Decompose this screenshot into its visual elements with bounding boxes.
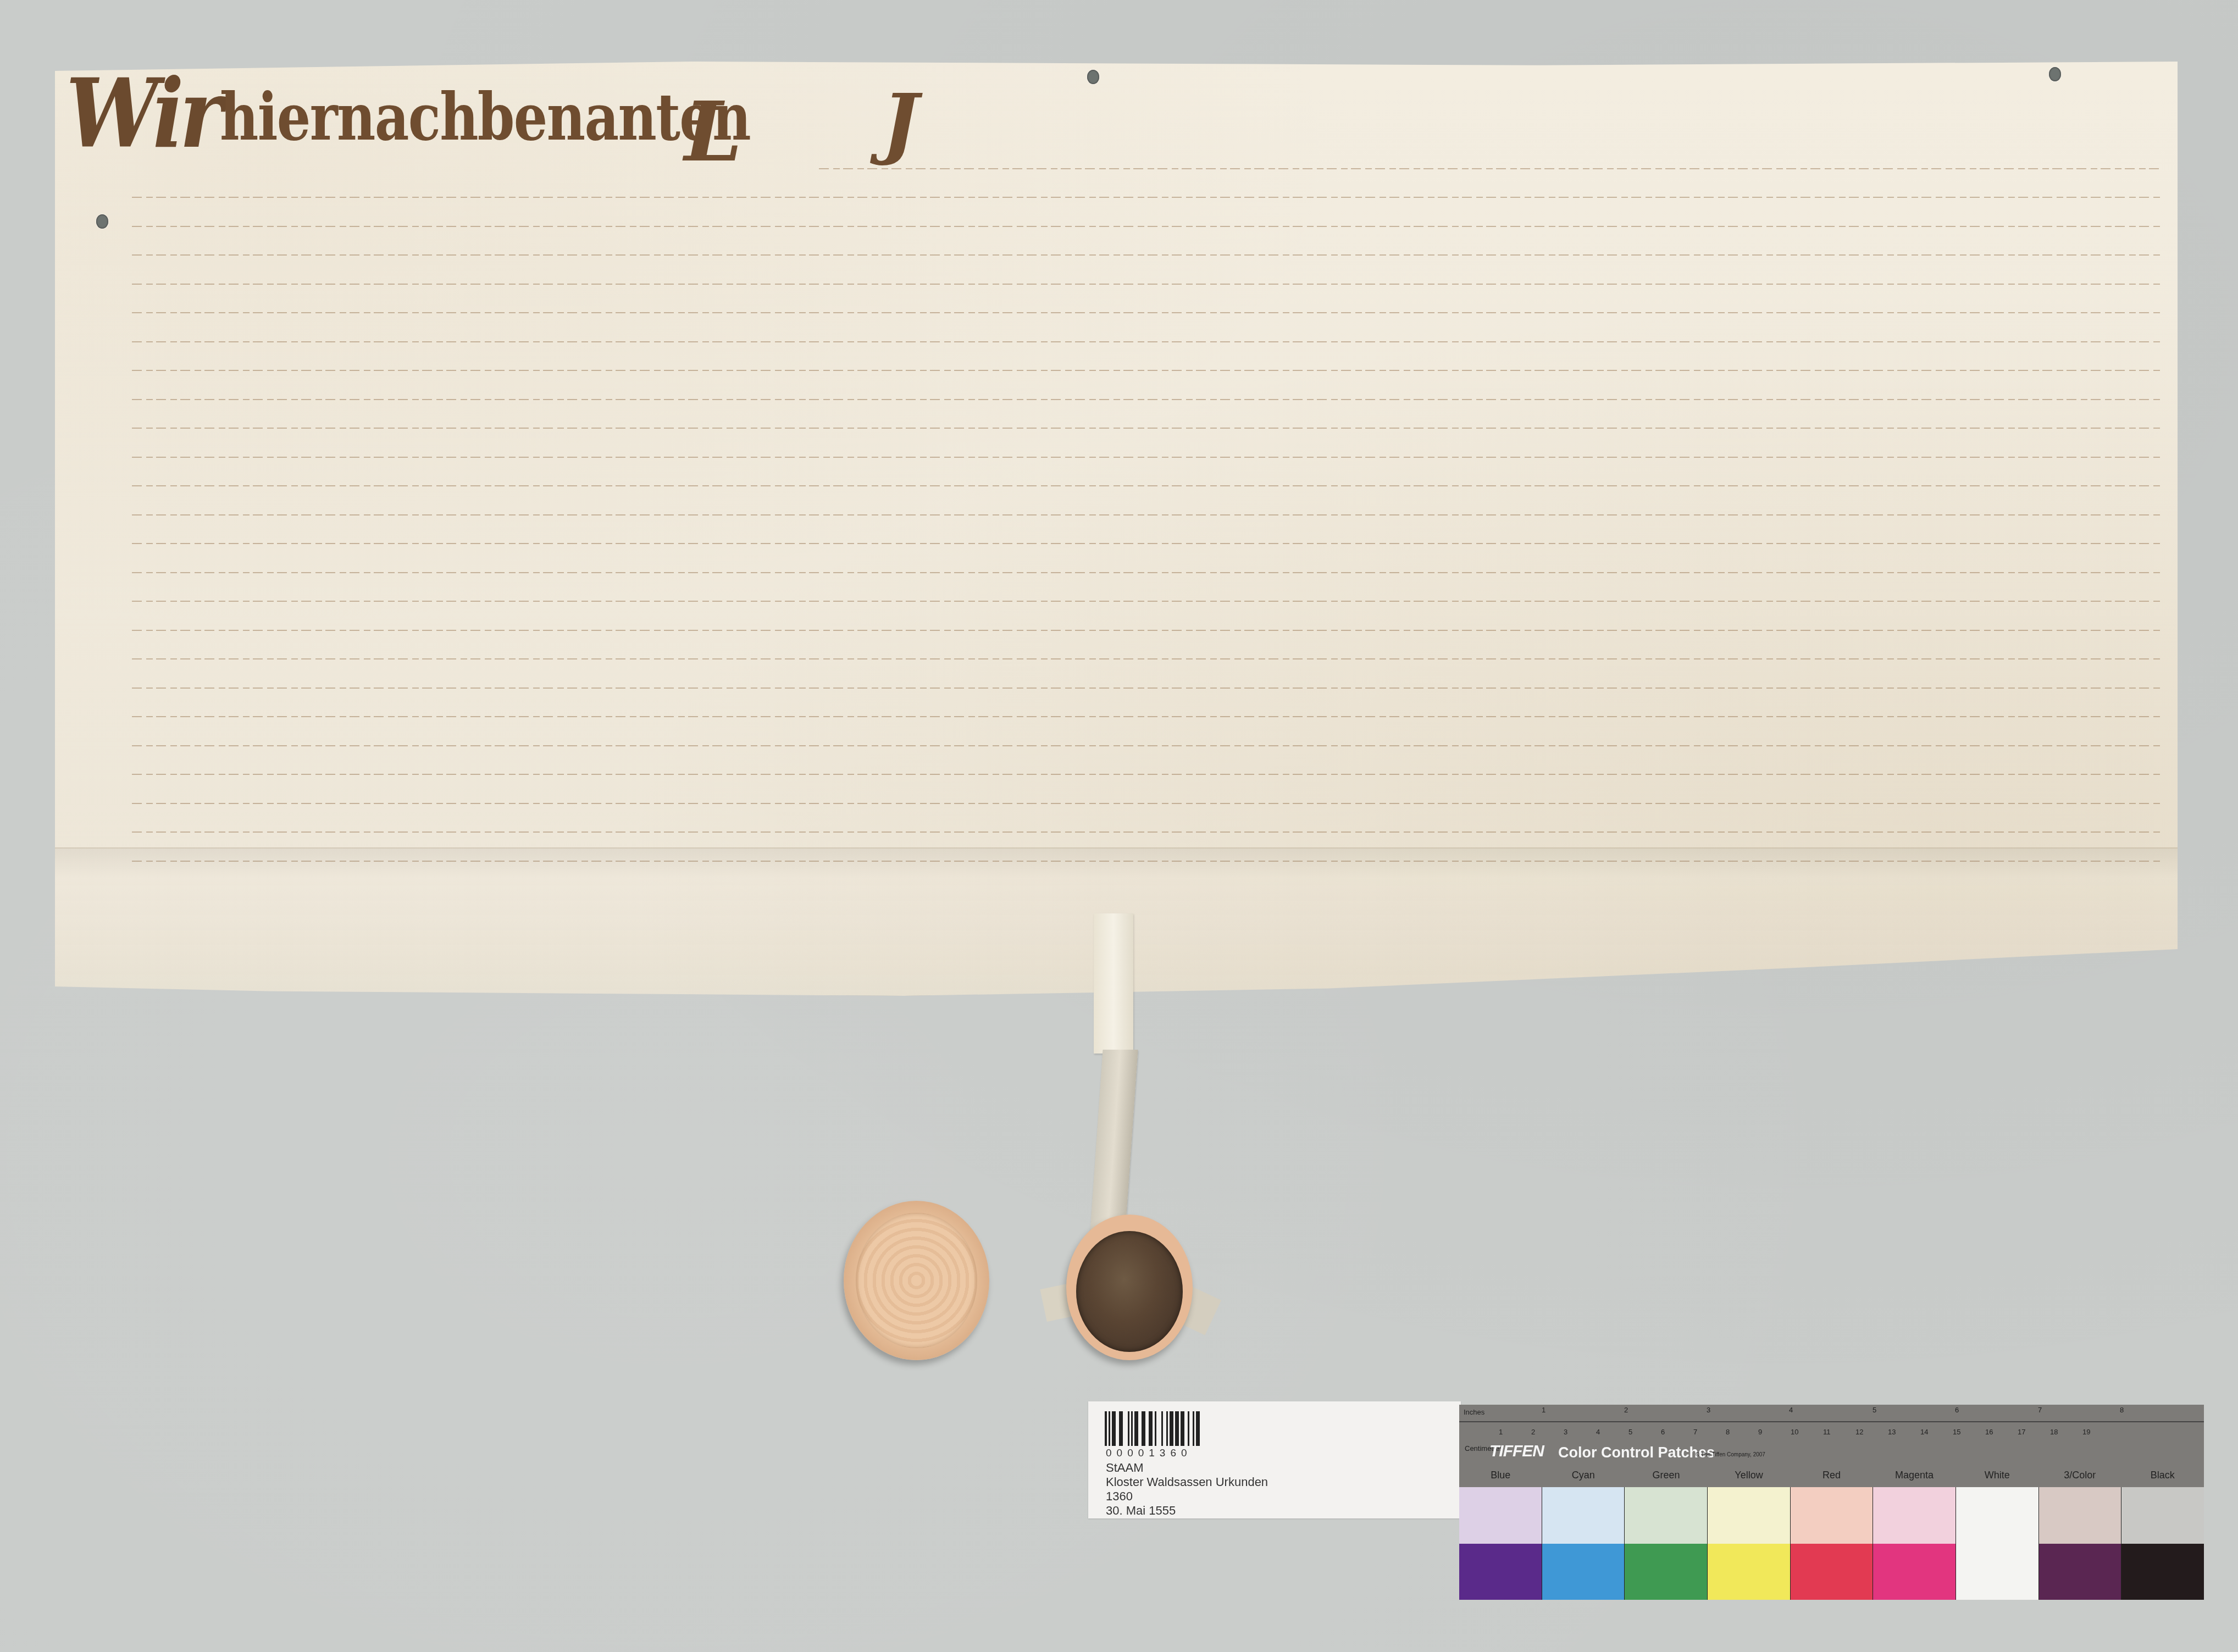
patch-dark [1873,1544,1956,1600]
inch-tick-label: 5 [1873,1406,1876,1414]
script-line [132,729,2160,751]
patch-white [1956,1487,2038,1600]
patch-dark [1956,1544,2038,1600]
script-line [132,469,2160,491]
cm-tick-label: 7 [1693,1428,1697,1436]
script-line [132,527,2160,549]
cm-ruler: 1 2 3 4 5 6 7 8 9 10 11 12 13 14 15 16 1… [1459,1421,2204,1438]
cm-tick-label: 10 [1791,1428,1798,1436]
inch-tick-label: 4 [1789,1406,1793,1414]
patch-name: 3/Color [2038,1470,2121,1481]
patch-name: Green [1625,1470,1708,1481]
patch-name: White [1956,1470,2038,1481]
script-line [132,181,2160,203]
script-line [132,210,2160,232]
patch-dark [2039,1544,2121,1600]
cm-tick-label: 3 [1564,1428,1567,1436]
patch-name: Blue [1459,1470,1542,1481]
inch-tick-label: 6 [1955,1406,1959,1414]
punch-hole [96,214,108,229]
patch-light [1459,1487,1542,1544]
script-line [132,325,2160,347]
chart-header: Inches 1 2 3 4 5 6 7 8 1 2 3 4 5 6 7 8 9… [1459,1405,2204,1487]
barcode-number: 00001360 [1106,1448,1205,1460]
cm-tick-label: 8 [1726,1428,1730,1436]
archive-label: 00001360 StAAM Kloster Waldsassen Urkund… [1088,1401,1461,1518]
patch-dark [1708,1544,1790,1600]
patch-cyan [1542,1487,1625,1600]
barcode [1105,1411,1200,1446]
patch-red [1790,1487,1873,1600]
patch-dark [1459,1544,1542,1600]
label-text: StAAM Kloster Waldsassen Urkunden 1360 3… [1106,1461,1268,1518]
document-number: 1360 [1106,1489,1268,1504]
inch-tick-label: 8 [2120,1406,2124,1414]
patch-dark [1542,1544,1625,1600]
script-line [132,672,2160,694]
patch-yellow [1707,1487,1790,1600]
patch-dark [1625,1544,1707,1600]
patch-light [2039,1487,2121,1544]
cm-tick-label: 1 [1499,1428,1503,1436]
patch-light [1791,1487,1873,1544]
inch-ruler: Inches 1 2 3 4 5 6 7 8 [1459,1405,2204,1422]
charter-body-text [132,130,2160,845]
script-line [132,585,2160,607]
punch-hole [1087,70,1099,84]
cm-tick-label: 11 [1823,1428,1831,1436]
patch-3-color [2038,1487,2121,1600]
charter-parchment: Wir hiernachbenanten L J [55,62,2178,996]
patch-light [1873,1487,1956,1544]
cm-tick-label: 14 [1920,1428,1928,1436]
chart-title-row: Centimetres TIFFEN Color Control Patches… [1459,1441,2204,1463]
color-control-chart: Inches 1 2 3 4 5 6 7 8 1 2 3 4 5 6 7 8 9… [1459,1400,2204,1601]
seal-strap [1094,913,1133,1054]
cm-tick-label: 19 [2082,1428,2090,1436]
patch-light [1956,1487,2038,1544]
cm-tick-label: 16 [1985,1428,1993,1436]
cm-tick-label: 12 [1855,1428,1863,1436]
cm-tick-label: 17 [2018,1428,2025,1436]
script-line [132,354,2160,376]
inch-tick-label: 2 [1624,1406,1628,1414]
patch-green [1624,1487,1707,1600]
script-line [132,498,2160,520]
color-patches [1459,1487,2204,1600]
script-line [132,412,2160,434]
cm-tick-label: 18 [2050,1428,2058,1436]
inch-tick-label: 3 [1707,1406,1710,1414]
patch-dark [2121,1544,2204,1600]
script-line [132,700,2160,722]
chart-title: Color Control Patches [1558,1444,1715,1461]
patch-names: Blue Cyan Green Yellow Red Magenta White… [1459,1470,2204,1481]
cm-tick-label: 15 [1953,1428,1960,1436]
script-line [132,614,2160,636]
patch-name: Cyan [1542,1470,1625,1481]
script-line [132,642,2160,664]
cm-tick-label: 9 [1758,1428,1762,1436]
script-line [132,787,2160,809]
script-line [132,758,2160,780]
patch-light [1708,1487,1790,1544]
patch-name: Red [1790,1470,1873,1481]
patch-name: Yellow [1708,1470,1791,1481]
patch-dark [1791,1544,1873,1600]
inch-tick-label: 7 [2038,1406,2042,1414]
tiffen-logo: TIFFEN [1489,1442,1544,1461]
cm-tick-label: 13 [1888,1428,1896,1436]
wax-seal [1076,1231,1183,1352]
script-line [132,816,2160,838]
patch-light [1625,1487,1707,1544]
chart-copyright: © The Tiffen Company, 2007 [1696,1452,1765,1458]
script-line [819,152,2160,174]
cm-tick-label: 5 [1628,1428,1632,1436]
script-line [132,239,2160,260]
patch-name: Magenta [1873,1470,1956,1481]
patch-light [2121,1487,2204,1544]
cm-tick-label: 4 [1596,1428,1600,1436]
patch-name: Black [2121,1470,2204,1481]
patch-blue [1459,1487,1542,1600]
seal-capsule-lid [844,1201,989,1360]
script-line [132,268,2160,290]
cm-tick-label: 2 [1531,1428,1535,1436]
script-line [132,296,2160,318]
script-line [132,441,2160,463]
archive-abbreviation: StAAM [1106,1461,1268,1475]
patch-magenta [1873,1487,1956,1600]
seal-strap-lower [1090,1050,1138,1231]
document-date: 30. Mai 1555 [1106,1504,1268,1518]
script-line [132,556,2160,578]
inch-tick-label: 1 [1542,1406,1545,1414]
script-line [132,383,2160,405]
patch-black [2121,1487,2204,1600]
cm-tick-label: 6 [1661,1428,1665,1436]
punch-hole [2049,67,2061,81]
patch-light [1542,1487,1625,1544]
inches-label: Inches [1464,1408,1484,1416]
collection-name: Kloster Waldsassen Urkunden [1106,1475,1268,1489]
